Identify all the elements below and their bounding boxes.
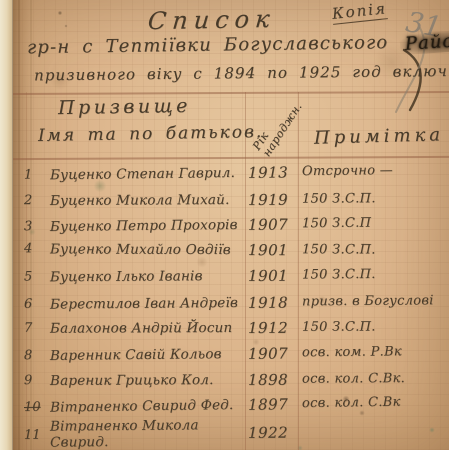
subtitle-line: гр-н с Тептіївки Богуславського Району (27, 31, 449, 58)
row-rremark: 150 З.С.П. (302, 267, 447, 283)
row-rremark: 150 З.С.П (302, 215, 447, 232)
row-rname: Варенник Савій Кольов (50, 345, 248, 363)
table-row: 3Буценко Петро Прохорів1907150 З.С.П (24, 209, 447, 239)
table-row: 11Вітраненко Микола Свирид.1922 (24, 415, 447, 450)
row-rremark: 150 З.С.П. (302, 191, 447, 207)
row-num: 2 (24, 193, 50, 208)
row-rname: Вітраненко Микола Свирид. (50, 417, 248, 450)
row-ryear: 1912 (248, 318, 302, 336)
row-rname: Буценко Микола Михай. (50, 192, 248, 209)
table-row: 7Балахонов Андрій Йосип1912150 З.С.П. (24, 314, 447, 341)
copy-label: Копія (331, 0, 388, 25)
row-rremark: Отсрочно — (302, 163, 447, 180)
row-rremark (302, 431, 447, 432)
row-rname: Буценко Михайло Овдіїв (50, 242, 248, 259)
row-num: 6 (24, 297, 50, 312)
row-rname: Балахонов Андрій Йосип (50, 320, 248, 337)
paper-crease (18, 0, 20, 450)
table-row: 6Берестилов Іван Андреїв1918призв. в Бог… (24, 288, 447, 317)
row-rremark: призв. в Богуслові (302, 294, 447, 310)
row-num: 11 (24, 427, 50, 442)
row-rname: Берестилов Іван Андреїв (50, 295, 248, 313)
table-row: 5Буценко Ілько Іванів1901150 З.С.П. (24, 262, 447, 291)
row-rname: Буценко Ілько Іванів (50, 268, 248, 285)
row-num: 10 (24, 400, 50, 415)
row-ryear: 1922 (248, 423, 302, 441)
document-title: Список (147, 5, 277, 35)
subtitle-line2: призивного віку с 1894 по 1925 год включ… (34, 62, 449, 85)
row-rremark: осв. кол. С.Вк. (302, 372, 447, 388)
row-num: 8 (24, 348, 50, 363)
row-ryear: 1907 (248, 344, 302, 363)
row-rname: Буценко Степан Гаврил. (50, 165, 248, 183)
table-rule-top (13, 91, 449, 94)
row-rname: Вареник Грицько Кол. (50, 372, 248, 389)
table-row: 8Варенник Савій Кольов1907осв. ком. Р.Вк (24, 338, 447, 368)
row-num: 7 (24, 321, 50, 336)
row-rremark: осв. ком. Р.Вк (302, 344, 447, 361)
header-name-patronymic: Імя та по батьков. (38, 122, 264, 146)
row-num: 4 (24, 242, 50, 257)
row-rremark: 150 З.С.П. (302, 319, 447, 335)
row-rname: Буценко Петро Прохорів (50, 216, 248, 234)
row-ryear: 1901 (248, 241, 302, 259)
row-ryear: 1913 (248, 163, 302, 182)
row-ryear: 1898 (248, 371, 302, 389)
row-rname: Вітраненко Свирид Фед. (50, 397, 248, 416)
row-ryear: 1901 (248, 267, 302, 285)
row-num: 9 (24, 374, 50, 389)
document-page: Список Копія 31 гр-н с Тептіївки Богусла… (0, 0, 449, 450)
row-rremark: осв. кол. С.Вк (302, 395, 447, 412)
table-row: 1Буценко Степан Гаврил.1913Отсрочно — (24, 157, 447, 188)
header-remarks: Примітка (314, 124, 445, 148)
table-row: 4Буценко Михайло Овдіїв1901150 З.С.П. (24, 237, 447, 264)
row-num: 5 (24, 270, 50, 285)
adjacent-page-edge (0, 0, 13, 450)
row-ryear: 1907 (248, 215, 302, 234)
row-ryear: 1897 (248, 395, 302, 414)
row-num: 3 (24, 219, 50, 234)
row-rremark: 150 З.С.П. (302, 243, 447, 259)
row-num: 1 (24, 168, 50, 183)
table-rows: 1Буценко Степан Гаврил.1913Отсрочно —2Бу… (24, 160, 447, 450)
struck-out-word: Району (400, 29, 449, 55)
header-surname: Призвище (58, 95, 191, 119)
subtitle-text: гр-н с Тептіївки Богуславського (27, 32, 389, 58)
row-ryear: 1918 (248, 293, 302, 311)
row-ryear: 1919 (248, 190, 302, 208)
